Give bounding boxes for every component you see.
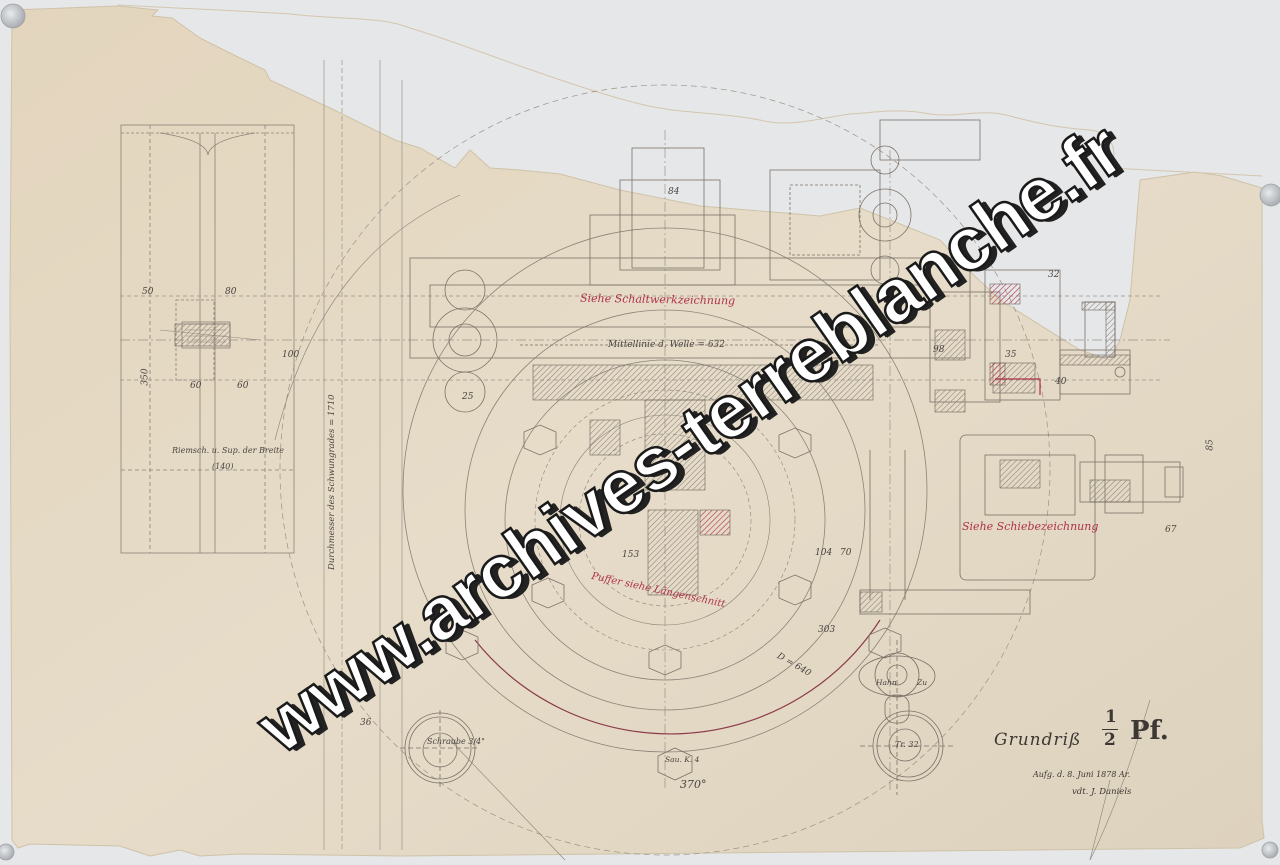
dimension-303: 303 [818,625,835,635]
dimension-label: 32 [1048,270,1059,280]
screw-note: Schraube 3/4" [427,737,485,746]
dimension-label: 25 [462,392,473,402]
dimension-label: 40 [1055,377,1066,387]
scale-unit: Pf. [1130,716,1169,746]
scale-numerator: 1 [1105,707,1117,727]
flywheel-diameter-note: Durchmesser des Schwungrades = 1710 [327,394,337,570]
pin-bottom-left [0,844,14,860]
drawing-sheet: 50 80 350 60 60 100 36 84 104 153 25 35 … [0,0,1280,865]
pin-top-left [1,4,25,28]
dimension-label: 98 [933,345,944,355]
dimension-label: 60 [237,381,248,391]
date-note: Aufg. d. 8. Juni 1878 Ar. [1033,770,1130,779]
dimension-label: 70 [840,548,851,558]
dimension-label: 60 [190,381,201,391]
red-note-slide: Siehe Schiebezeichnung [962,520,1098,533]
drawing-title: Grundriß [994,730,1081,750]
dimension-label: 350 [141,368,151,385]
pulley-width-value: (140) [212,462,234,471]
scale-denominator: 2 [1104,730,1116,750]
pin-bottom-right [1262,842,1278,858]
dimension-label: 84 [668,187,679,197]
dimension-label: 50 [142,287,153,297]
valve-label-open: Hahn [876,678,897,687]
dimension-label: 104 [815,548,832,558]
pin-right [1260,184,1280,206]
valve-label-closed: Zu [917,678,927,687]
dimension-label: 67 [1165,525,1176,535]
dimension-label: 153 [622,550,639,560]
dimension-label: 35 [1005,350,1016,360]
dimension-label: 80 [225,287,236,297]
linkage-note: Tr. 32 [895,740,919,749]
dimension-label: 100 [282,350,299,360]
nut-note: Sau. K. 4 [665,755,699,764]
red-note-switchgear: Siehe Schaltwerkzeichnung [580,292,735,308]
pulley-width-note: Riemsch. u. Sup. der Breite [172,446,284,455]
dimension-label: 85 [1206,439,1216,450]
angle-note: 370° [680,778,707,791]
signature: vdt. J. Daniels [1072,787,1131,797]
shaft-centerline-note: Mittellinie d. Welle = 632 [608,340,725,350]
